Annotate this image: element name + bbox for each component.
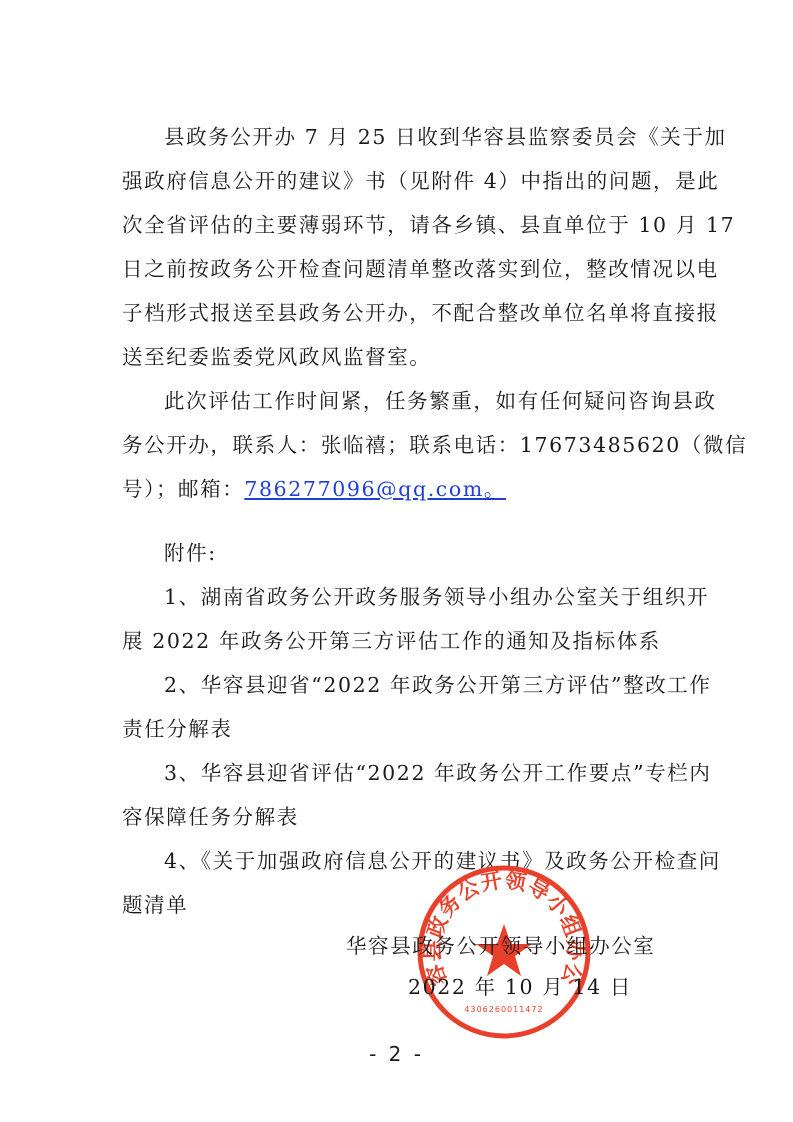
para1-line-6: 送至纪委监委党风政风监督室。 [122, 344, 682, 370]
email-label: 号）；邮箱： [122, 477, 244, 501]
para2-line-1: 此次评估工作时间紧，任务繁重，如有任何疑问咨询县政 [164, 388, 682, 414]
para1-line-2: 强政府信息公开的建议》书（见附件 4）中指出的问题，是此 [122, 168, 682, 194]
attachments-heading: 附件: [164, 540, 682, 566]
para1-line-4: 日之前按政务公开检查问题清单整改落实到位，整改情况以电 [122, 256, 682, 282]
para1-line-3: 次全省评估的主要薄弱环节，请各乡镇、县直单位于 10 月 17 [122, 212, 682, 238]
attachment-3-line-1: 3、华容县迎省评估“2022 年政务公开工作要点”专栏内 [164, 760, 682, 786]
page-number: - 2 - [0, 1042, 793, 1066]
attachment-3-line-2: 容保障任务分解表 [122, 804, 682, 830]
seal-code: 4306260011472 [464, 1005, 543, 1014]
para1-line-5: 子档形式报送至县政务公开办，不配合整改单位名单将直接报 [122, 300, 682, 326]
para2-line-3: 号）；邮箱：786277096@qq.com。 [122, 476, 682, 502]
para1-line-1: 县政务公开办 7 月 25 日收到华容县监察委员会《关于加 [164, 124, 682, 150]
signature-date: 2022 年 10 月 14 日 [408, 970, 632, 1000]
attachment-2-line-2: 责任分解表 [122, 716, 682, 742]
email-link[interactable]: 786277096@qq.com。 [244, 477, 506, 501]
attachment-2-line-1: 2、华容县迎省“2022 年政务公开第三方评估”整改工作 [164, 672, 682, 698]
attachment-1-line-2: 展 2022 年政务公开第三方评估工作的通知及指标体系 [122, 628, 682, 654]
attachment-1-line-1: 1、湖南省政务公开政务服务领导小组办公室关于组织开 [164, 584, 682, 610]
document-page: 县政务公开办 7 月 25 日收到华容县监察委员会《关于加 强政府信息公开的建议… [0, 0, 793, 1122]
para2-line-2: 务公开办，联系人：张临禧；联系电话：17673485620（微信 [122, 432, 682, 458]
attachment-4-line-2: 题清单 [122, 892, 682, 918]
signature-org: 华容县政务公开领导小组办公室 [346, 929, 655, 959]
